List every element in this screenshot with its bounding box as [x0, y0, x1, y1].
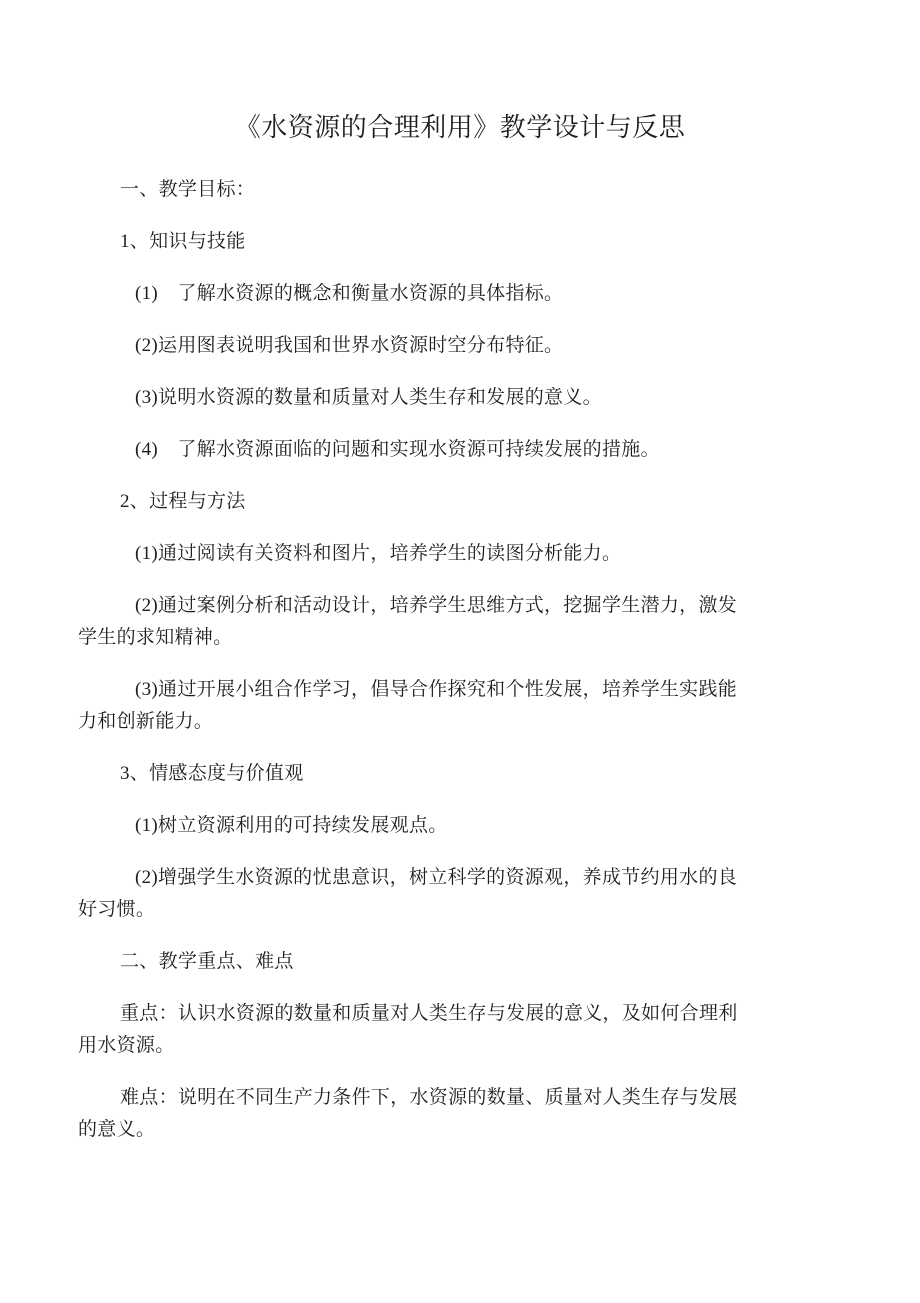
paragraph-list-item: (2)通过案例分析和活动设计，培养学生思维方式，挖掘学生潜力，激发 学生的求知精…: [78, 590, 842, 654]
paragraph-list-item: (2)运用图表说明我国和世界水资源时空分布特征。: [78, 330, 842, 362]
document-title: 《水资源的合理利用》教学设计与反思: [78, 108, 842, 148]
paragraph-key-point: 重点：认识水资源的数量和质量对人类生存与发展的意义，及如何合理利 用水资源。: [78, 998, 842, 1062]
paragraph-subsection-heading: 1、知识与技能: [78, 226, 842, 258]
paragraph-section-heading: 一、教学目标：: [78, 174, 842, 206]
paragraph-list-item: (1) 了解水资源的概念和衡量水资源的具体指标。: [78, 278, 842, 310]
paragraph-list-item: (3)通过开展小组合作学习，倡导合作探究和个性发展，培养学生实践能 力和创新能力…: [78, 674, 842, 738]
paragraph-list-item: (1)通过阅读有关资料和图片，培养学生的读图分析能力。: [78, 538, 842, 570]
document-page: 《水资源的合理利用》教学设计与反思 一、教学目标： 1、知识与技能 (1) 了解…: [0, 0, 920, 1303]
paragraph-section-heading: 二、教学重点、难点: [78, 946, 842, 978]
paragraph-list-item: (2)增强学生水资源的忧患意识，树立科学的资源观，养成节约用水的良 好习惯。: [78, 862, 842, 926]
paragraph-difficult-point: 难点：说明在不同生产力条件下，水资源的数量、质量对人类生存与发展 的意义。: [78, 1082, 842, 1146]
paragraph-list-item: (4) 了解水资源面临的问题和实现水资源可持续发展的措施。: [78, 434, 842, 466]
paragraph-subsection-heading: 3、情感态度与价值观: [78, 758, 842, 790]
paragraph-list-item: (3)说明水资源的数量和质量对人类生存和发展的意义。: [78, 382, 842, 414]
paragraph-list-item: (1)树立资源利用的可持续发展观点。: [78, 810, 842, 842]
paragraph-subsection-heading: 2、过程与方法: [78, 486, 842, 518]
